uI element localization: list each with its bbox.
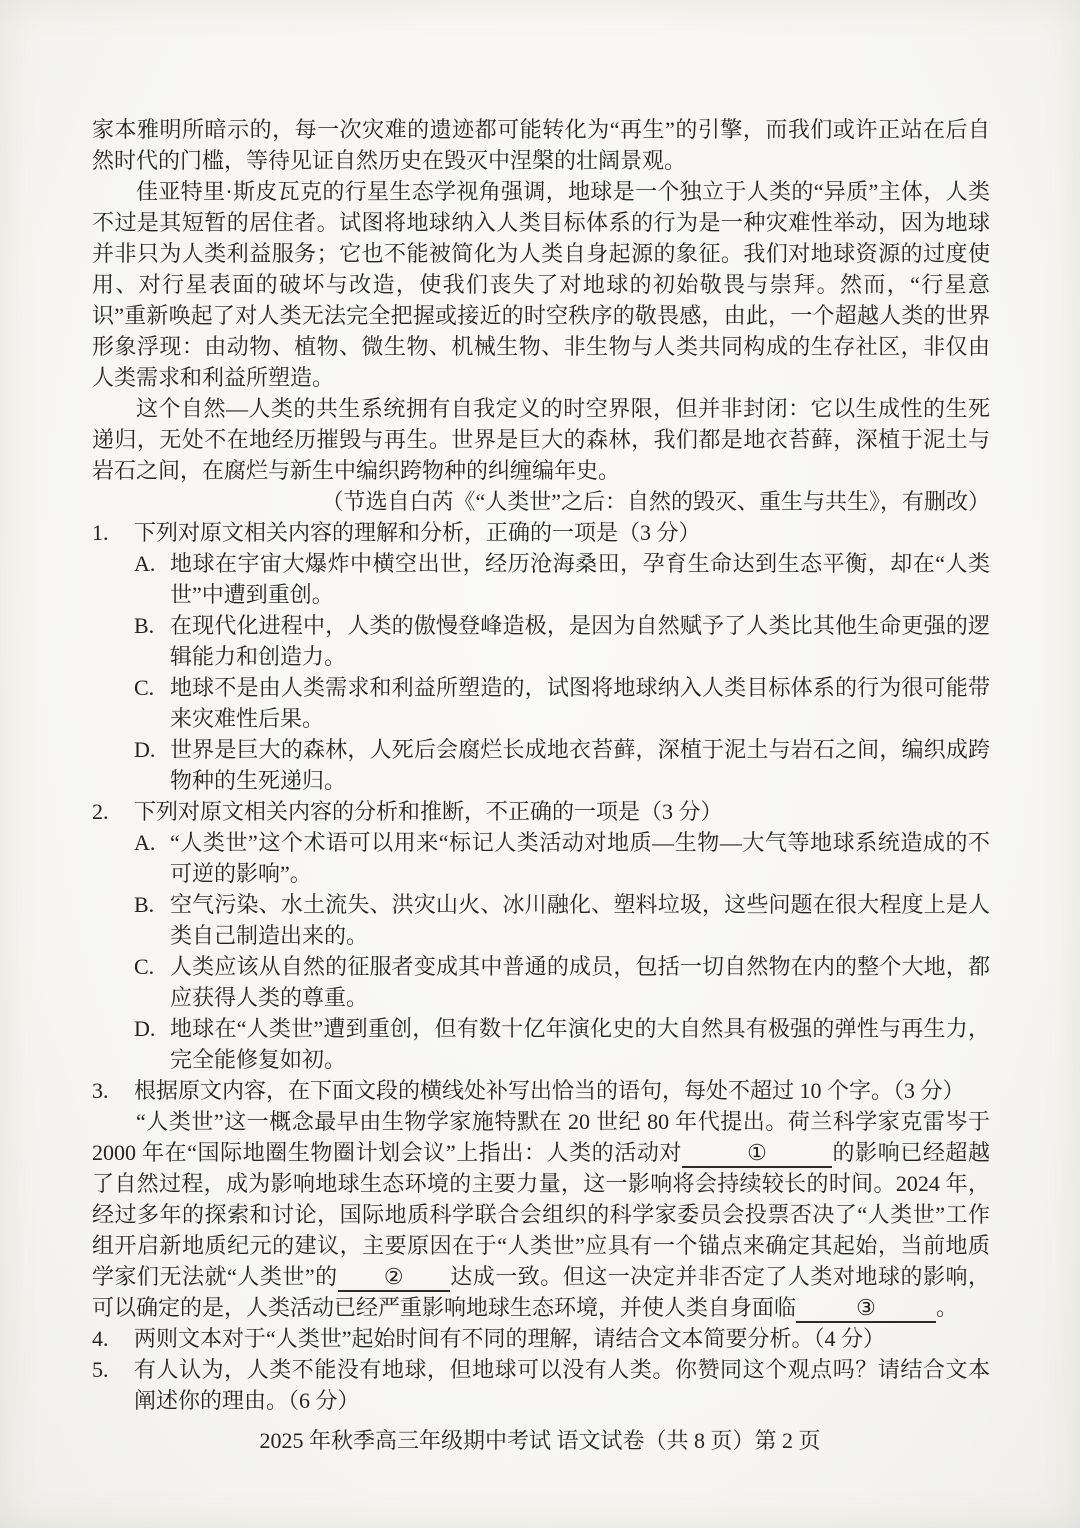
q3-blank-1: ①	[682, 1140, 832, 1168]
option-label: D.	[134, 734, 170, 765]
question-1-option-c: C. 地球不是由人类需求和利益所塑造的，试图将地球纳入人类目标体系的行为很可能带…	[134, 672, 990, 734]
question-2-option-d: D. 地球在“人类世”遭到重创，但有数十亿年演化史的大自然具有极强的弹性与再生力…	[134, 1013, 990, 1075]
question-3-number: 3.	[92, 1075, 134, 1106]
question-5-stem: 有人认为，人类不能没有地球，但地球可以没有人类。你赞同这个观点吗？请结合文本阐述…	[134, 1354, 990, 1416]
passage-paragraph-3: 这个自然—人类的共生系统拥有自我定义的时空界限，但并非封闭：它以生成性的生死递归…	[92, 393, 990, 486]
option-label: B.	[134, 610, 170, 641]
question-2-option-a: A. “人类世”这个术语可以用来“标记人类活动对地质—生物—大气等地球系统造成的…	[134, 827, 990, 889]
passage-source-attribution: （节选自白芮《“人类世”之后：自然的毁灭、重生与共生》，有删改）	[92, 486, 990, 517]
question-3: 3. 根据原文内容，在下面文段的横线处补写出恰当的语句，每处不超过 10 个字。…	[92, 1075, 990, 1106]
question-1-options: A. 地球在宇宙大爆炸中横空出世，经历沧海桑田，孕育生命达到生态平衡，却在“人类…	[134, 548, 990, 796]
option-text: “人类世”这个术语可以用来“标记人类活动对地质—生物—大气等地球系统造成的不可逆…	[170, 827, 990, 889]
question-4: 4. 两则文本对于“人类世”起始时间有不同的理解，请结合文本简要分析。（4 分）	[92, 1323, 990, 1354]
q3-blank-1-number: ①	[747, 1140, 767, 1165]
option-text: 人类应该从自然的征服者变成其中普通的成员，包括一切自然物在内的整个大地，都应获得…	[170, 951, 990, 1013]
question-1: 1. 下列对原文相关内容的理解和分析，正确的一项是（3 分）	[92, 517, 990, 548]
question-1-option-a: A. 地球在宇宙大爆炸中横空出世，经历沧海桑田，孕育生命达到生态平衡，却在“人类…	[134, 548, 990, 610]
question-1-option-b: B. 在现代化进程中，人类的傲慢登峰造极，是因为自然赋予了人类比其他生命更强的逻…	[134, 610, 990, 672]
exam-page: 家本雅明所暗示的，每一次灾难的遗迹都可能转化为“再生”的引擎，而我们或许正站在后…	[0, 0, 1080, 1528]
reading-passage: 家本雅明所暗示的，每一次灾难的遗迹都可能转化为“再生”的引擎，而我们或许正站在后…	[92, 114, 990, 517]
question-2-option-c: C. 人类应该从自然的征服者变成其中普通的成员，包括一切自然物在内的整个大地，都…	[134, 951, 990, 1013]
question-2-option-b: B. 空气污染、水土流失、洪灾山火、冰川融化、塑料垃圾，这些问题在很大程度上是人…	[134, 889, 990, 951]
question-1-number: 1.	[92, 517, 134, 548]
option-text: 地球不是由人类需求和利益所塑造的，试图将地球纳入人类目标体系的行为很可能带来灾难…	[170, 672, 990, 734]
option-text: 地球在“人类世”遭到重创，但有数十亿年演化史的大自然具有极强的弹性与再生力，完全…	[170, 1013, 990, 1075]
option-label: C.	[134, 672, 170, 703]
option-label: C.	[134, 951, 170, 982]
page-footer: 2025 年秋季高三年级期中考试 语文试卷（共 8 页）第 2 页	[0, 1424, 1080, 1455]
option-label: A.	[134, 548, 170, 579]
question-4-number: 4.	[92, 1323, 134, 1354]
option-text: 世界是巨大的森林，人死后会腐烂长成地衣苔藓，深植于泥土与岩石之间，编织成跨物种的…	[170, 734, 990, 796]
question-2-options: A. “人类世”这个术语可以用来“标记人类活动对地质—生物—大气等地球系统造成的…	[134, 827, 990, 1075]
option-text: 空气污染、水土流失、洪灾山火、冰川融化、塑料垃圾，这些问题在很大程度上是人类自己…	[170, 889, 990, 951]
exam-content: 家本雅明所暗示的，每一次灾难的遗迹都可能转化为“再生”的引擎，而我们或许正站在后…	[92, 114, 990, 1416]
q3-blank-2-number: ②	[384, 1264, 404, 1289]
question-5-number: 5.	[92, 1354, 134, 1385]
q3-blank-3-number: ③	[856, 1295, 876, 1320]
q3-blank-2: ②	[338, 1264, 450, 1292]
option-label: D.	[134, 1013, 170, 1044]
option-text: 在现代化进程中，人类的傲慢登峰造极，是因为自然赋予了人类比其他生命更强的逻辑能力…	[170, 610, 990, 672]
passage-paragraph-continuation: 家本雅明所暗示的，每一次灾难的遗迹都可能转化为“再生”的引擎，而我们或许正站在后…	[92, 114, 990, 176]
option-text: 地球在宇宙大爆炸中横空出世，经历沧海桑田，孕育生命达到生态平衡，却在“人类世”中…	[170, 548, 990, 610]
question-1-option-d: D. 世界是巨大的森林，人死后会腐烂长成地衣苔藓，深植于泥土与岩石之间，编织成跨…	[134, 734, 990, 796]
question-1-stem: 下列对原文相关内容的理解和分析，正确的一项是（3 分）	[134, 517, 990, 548]
question-2: 2. 下列对原文相关内容的分析和推断，不正确的一项是（3 分）	[92, 796, 990, 827]
option-label: A.	[134, 827, 170, 858]
question-5: 5. 有人认为，人类不能没有地球，但地球可以没有人类。你赞同这个观点吗？请结合文…	[92, 1354, 990, 1416]
question-4-stem: 两则文本对于“人类世”起始时间有不同的理解，请结合文本简要分析。（4 分）	[134, 1323, 990, 1354]
question-2-number: 2.	[92, 796, 134, 827]
option-label: B.	[134, 889, 170, 920]
question-2-stem: 下列对原文相关内容的分析和推断，不正确的一项是（3 分）	[134, 796, 990, 827]
q3-segment-4: 。	[936, 1295, 958, 1320]
q3-blank-3: ③	[796, 1295, 936, 1323]
question-3-stem: 根据原文内容，在下面文段的横线处补写出恰当的语句，每处不超过 10 个字。（3 …	[134, 1075, 990, 1106]
question-3-cloze-passage: “人类世”这一概念最早由生物学家施特默在 20 世纪 80 年代提出。荷兰科学家…	[92, 1106, 990, 1323]
passage-paragraph-2: 佳亚特里·斯皮瓦克的行星生态学视角强调，地球是一个独立于人类的“异质”主体，人类…	[92, 176, 990, 393]
